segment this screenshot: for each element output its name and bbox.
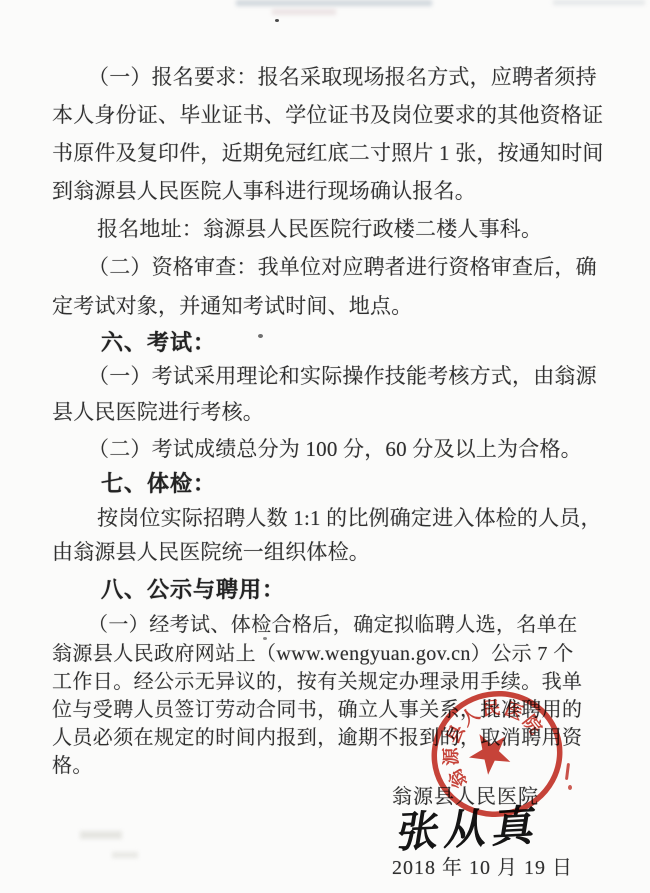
doc-line: 定考试对象，并通知考试时间、地点。	[52, 295, 412, 318]
doc-line: 本人身份证、毕业证书、学位证书及岗位要求的其他资格证	[52, 104, 603, 127]
scan-speck	[275, 19, 279, 22]
seal-text: 翁源县人民医院	[425, 683, 558, 793]
doc-line: 按岗位实际招聘人数 1:1 的比例确定进入体检的人员，	[97, 507, 602, 530]
scan-speck	[258, 334, 263, 338]
scan-smudge	[80, 831, 122, 839]
doc-line: 县人民医院进行考核。	[52, 401, 264, 424]
scan-bleedthrough-smudge	[272, 9, 336, 15]
seal-ink-mark	[565, 763, 570, 780]
doc-line: 报名地址：翁源县人民医院行政楼二楼人事科。	[97, 218, 542, 241]
doc-line: 翁源县人民政府网站上（www.wengyuan.gov.cn）公示 7 个	[52, 643, 574, 665]
scan-smudge	[112, 852, 138, 858]
scan-bleedthrough-smudge	[236, 0, 432, 6]
seal-ink-mark	[568, 785, 572, 790]
doc-line: （一）经考试、体检合格后，确定拟临聘人选，名单在	[88, 614, 578, 636]
section-heading-publicity: 八、公示与聘用：	[101, 578, 285, 602]
doc-line: 书原件及复印件，近期免冠红底二寸照片 1 张，按通知时间	[52, 142, 604, 165]
svg-text:翁源县人民医院: 翁源县人民医院	[425, 683, 558, 793]
official-seal-stamp-icon: 翁源县人民医院	[425, 683, 569, 825]
section-heading-exam: 六、考试：	[101, 331, 216, 355]
section-heading-physical: 七、体检：	[101, 472, 216, 496]
doc-line: 格。	[52, 755, 93, 777]
doc-line: 由翁源县人民医院统一组织体检。	[52, 541, 370, 564]
scan-speck	[263, 637, 267, 640]
doc-line: （二）资格审查：我单位对应聘者进行资格审查后，确	[88, 256, 597, 279]
doc-line: （二）考试成绩总分为 100 分，60 分及以上为合格。	[88, 438, 582, 461]
signoff-date: 2018 年 10 月 19 日	[392, 851, 573, 880]
scanned-document-page: （一）报名要求：报名采取现场报名方式，应聘者须持 本人身份证、毕业证书、学位证书…	[0, 0, 650, 893]
doc-line: 到翁源县人民医院人事科进行现场确认报名。	[52, 180, 476, 203]
scan-bleedthrough-smudge	[553, 0, 645, 5]
doc-line: （一）报名要求：报名采取现场报名方式，应聘者须持	[88, 66, 597, 89]
doc-line: （一）考试采用理论和实际操作技能考核方式，由翁源	[88, 365, 597, 388]
